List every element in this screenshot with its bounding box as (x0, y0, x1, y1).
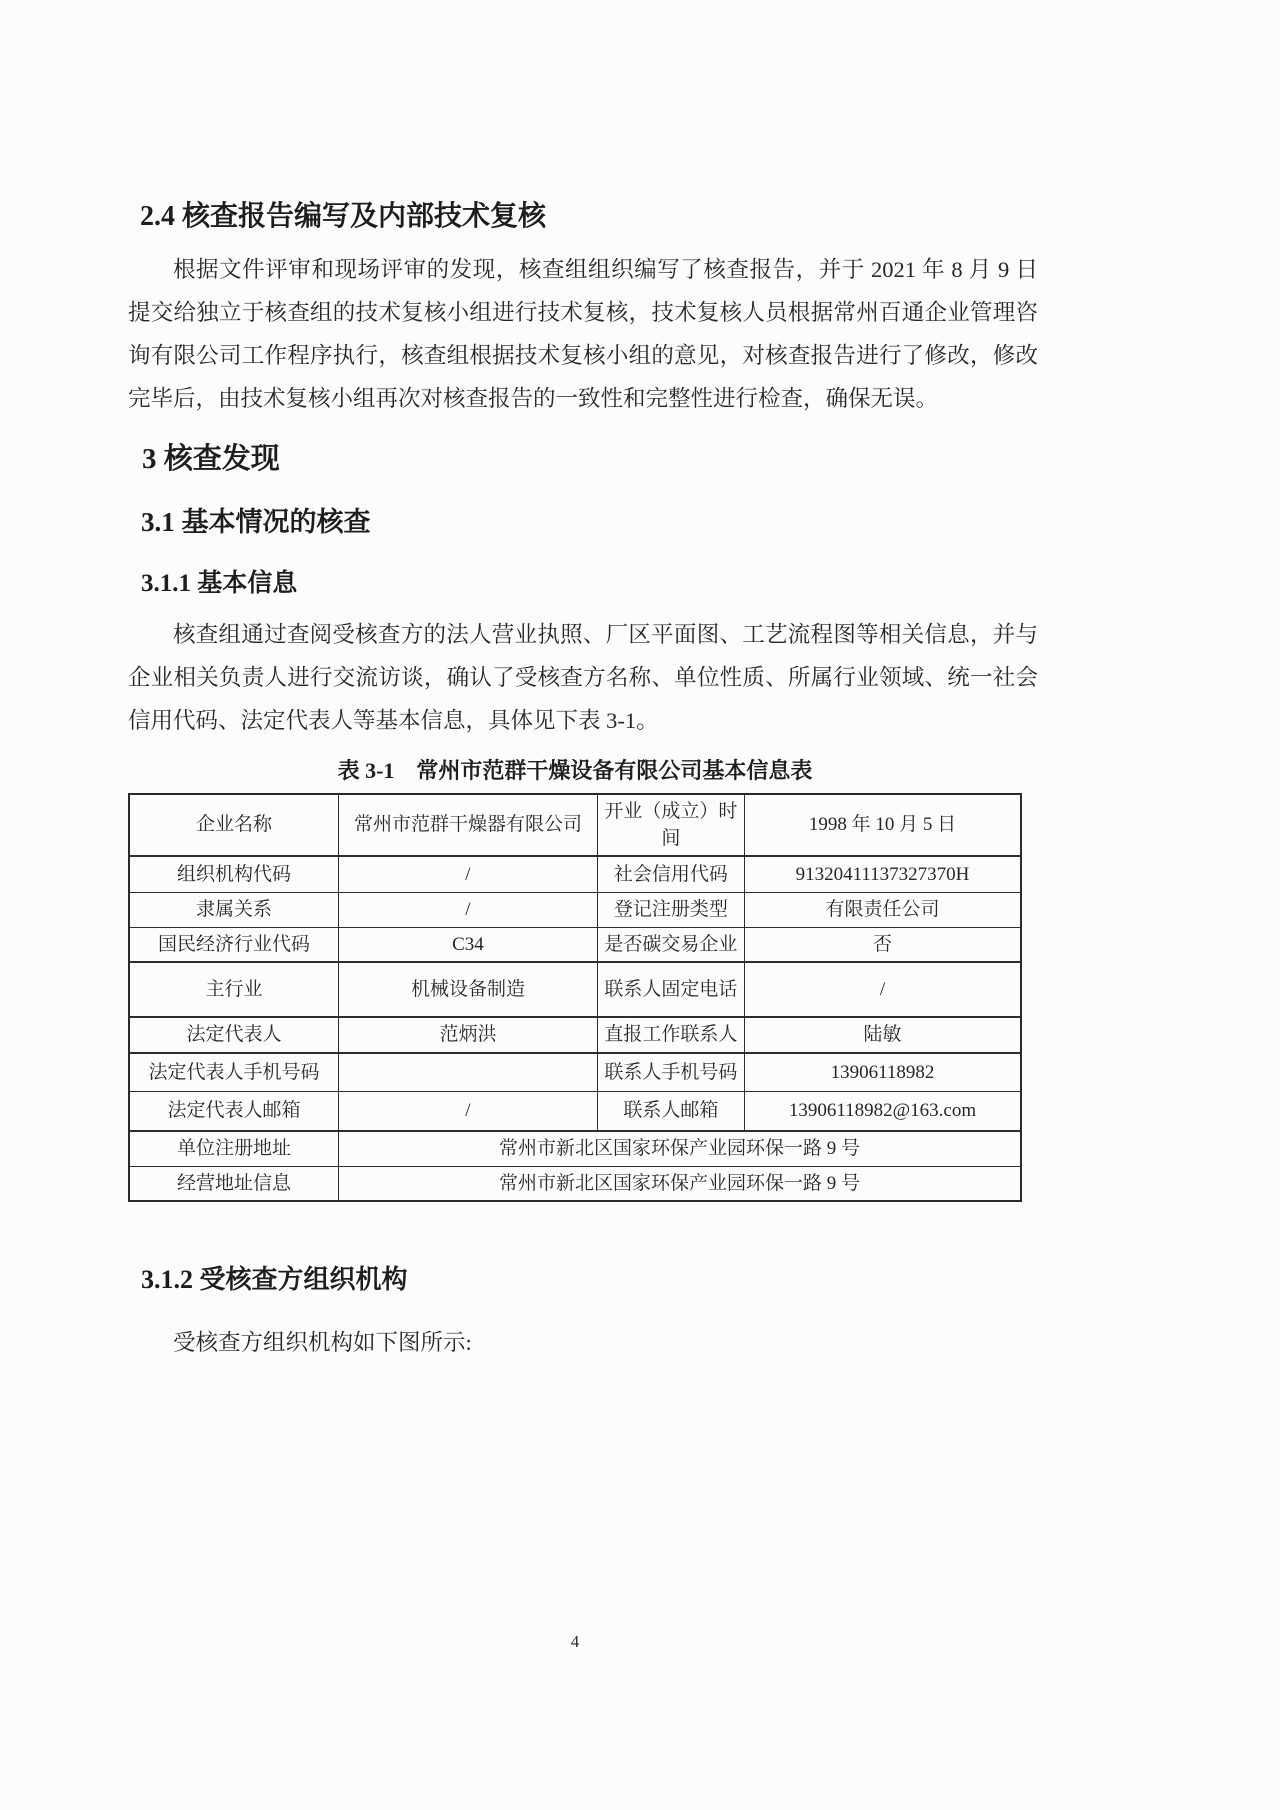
table-value-cell: C34 (339, 927, 598, 962)
table-value-cell: 机械设备制造 (339, 962, 598, 1017)
table-value-cell: 否 (744, 927, 1021, 962)
table-value-cell: 13906118982 (744, 1053, 1021, 1091)
table-value-cell: 1998 年 10 月 5 日 (744, 794, 1021, 856)
table-label-cell: 联系人固定电话 (597, 962, 744, 1017)
table-value-cell: / (339, 892, 598, 927)
table-label-cell: 联系人邮箱 (597, 1091, 744, 1131)
page-content: 2.4 核查报告编写及内部技术复核 根据文件评审和现场评审的发现，核查组组织编写… (128, 0, 1038, 1364)
table-row: 主行业 机械设备制造 联系人固定电话 / (129, 962, 1021, 1017)
section-heading-3: 3 核查发现 (142, 442, 1038, 477)
table-row: 企业名称 常州市范群干燥器有限公司 开业（成立）时间 1998 年 10 月 5… (129, 794, 1021, 856)
table-value-cell: 常州市新北区国家环保产业园环保一路 9 号 (339, 1131, 1021, 1166)
section-heading-2-4: 2.4 核查报告编写及内部技术复核 (140, 200, 1038, 234)
basic-info-table: 企业名称 常州市范群干燥器有限公司 开业（成立）时间 1998 年 10 月 5… (128, 793, 1022, 1202)
table-label-cell: 社会信用代码 (597, 856, 744, 892)
paragraph-basic-info: 核查组通过查阅受核查方的法人营业执照、厂区平面图、工艺流程图等相关信息，并与企业… (128, 613, 1038, 742)
table-label-cell: 国民经济行业代码 (129, 927, 339, 962)
table-value-cell: 13906118982@163.com (744, 1091, 1021, 1131)
table-label-cell: 登记注册类型 (597, 892, 744, 927)
paragraph-org-structure: 受核查方组织机构如下图所示: (128, 1321, 1038, 1364)
document-page: 2.4 核查报告编写及内部技术复核 根据文件评审和现场评审的发现，核查组组织编写… (0, 0, 1280, 1810)
section-heading-3-1-2: 3.1.2 受核查方组织机构 (141, 1264, 1038, 1295)
table-label-cell: 主行业 (129, 962, 339, 1017)
table-value-cell: / (744, 962, 1021, 1017)
page-number: 4 (128, 1632, 1022, 1652)
section-heading-3-1-1: 3.1.1 基本信息 (141, 569, 1038, 599)
table-label-cell: 隶属关系 (129, 892, 339, 927)
table-value-cell: 有限责任公司 (744, 892, 1021, 927)
section-heading-3-1: 3.1 基本情况的核查 (141, 506, 1038, 538)
table-value-cell: 91320411137327370H (744, 856, 1021, 892)
table-row: 隶属关系 / 登记注册类型 有限责任公司 (129, 892, 1021, 927)
paragraph-report-writing: 根据文件评审和现场评审的发现，核查组组织编写了核查报告，并于 2021 年 8 … (128, 248, 1038, 420)
table-label-cell: 是否碳交易企业 (597, 927, 744, 962)
table-value-cell: 范炳洪 (339, 1017, 598, 1053)
table-value-cell: / (339, 1091, 598, 1131)
table-row: 法定代表人 范炳洪 直报工作联系人 陆敏 (129, 1017, 1021, 1053)
table-label-cell: 经营地址信息 (129, 1166, 339, 1201)
table-label-cell: 直报工作联系人 (597, 1017, 744, 1053)
table-label-cell: 法定代表人手机号码 (129, 1053, 339, 1091)
table-value-cell: / (339, 856, 598, 892)
table-label-cell: 组织机构代码 (129, 856, 339, 892)
table-label-cell: 单位注册地址 (129, 1131, 339, 1166)
table-caption: 表 3-1 常州市范群干燥设备有限公司基本信息表 (128, 758, 1022, 784)
table-value-cell: 陆敏 (744, 1017, 1021, 1053)
table-value-cell: 常州市新北区国家环保产业园环保一路 9 号 (339, 1166, 1021, 1201)
table-row: 经营地址信息 常州市新北区国家环保产业园环保一路 9 号 (129, 1166, 1021, 1201)
table-row: 法定代表人手机号码 联系人手机号码 13906118982 (129, 1053, 1021, 1091)
table-label-cell: 法定代表人邮箱 (129, 1091, 339, 1131)
table-value-cell (339, 1053, 598, 1091)
table-row: 组织机构代码 / 社会信用代码 91320411137327370H (129, 856, 1021, 892)
table-row: 法定代表人邮箱 / 联系人邮箱 13906118982@163.com (129, 1091, 1021, 1131)
table-label-cell: 法定代表人 (129, 1017, 339, 1053)
table-label-cell: 开业（成立）时间 (597, 794, 744, 856)
table-value-cell: 常州市范群干燥器有限公司 (339, 794, 598, 856)
table-row: 国民经济行业代码 C34 是否碳交易企业 否 (129, 927, 1021, 962)
table-label-cell: 联系人手机号码 (597, 1053, 744, 1091)
table-label-cell: 企业名称 (129, 794, 339, 856)
table-row: 单位注册地址 常州市新北区国家环保产业园环保一路 9 号 (129, 1131, 1021, 1166)
